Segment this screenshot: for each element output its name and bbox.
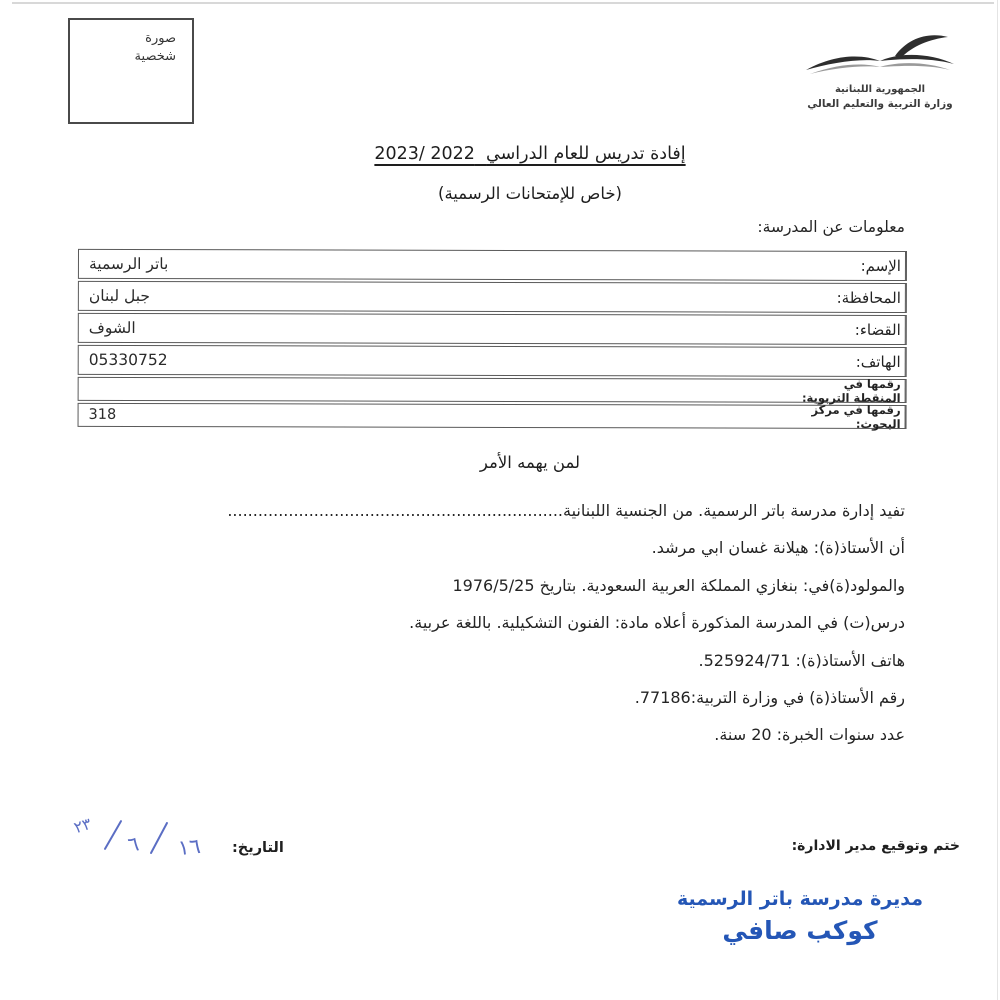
document-subtitle: (خاص للإمتحانات الرسمية) <box>70 184 990 203</box>
stamp-director-name: كوكب صافي <box>635 916 965 945</box>
school-name-label: الإسم: <box>800 252 906 280</box>
scan-edge-artifact <box>997 0 998 1000</box>
letter-line-experience: عدد سنوات الخبرة: 20 سنة. <box>80 716 905 753</box>
table-row-educational-district-number: رقمها في المنقطة التربوية: <box>78 377 907 403</box>
school-info-heading: معلومات عن المدرسة: <box>757 218 905 236</box>
ministry-logo: الجمهورية اللبنانية وزارة التربية والتعل… <box>790 30 970 110</box>
school-name-value: باتر الرسمية <box>79 250 800 280</box>
district-value: الشوف <box>79 314 800 344</box>
governorate-value: جبل لبنان <box>79 282 800 312</box>
handwritten-slash <box>104 820 123 850</box>
table-row-governorate: جبل لبنان المحافظة: <box>78 281 907 313</box>
table-row-phone: 05330752 الهاتف: <box>78 345 907 377</box>
scan-edge-artifact <box>12 2 994 4</box>
photo-placeholder-box: صورة شخصية <box>68 18 194 124</box>
photo-box-label-line2: شخصية <box>70 48 176 66</box>
phone-value: 05330752 <box>79 346 800 376</box>
letter-body: تفيد إدارة مدرسة باتر الرسمية. من الجنسي… <box>80 492 905 754</box>
letter-line-birth: والمولود(ة)في: بنغازي المملكة العربية ال… <box>80 567 905 604</box>
letter-line-subject: درس(ت) في المدرسة المذكورة أعلاه مادة: ا… <box>80 604 905 641</box>
district-label: القضاء: <box>800 316 906 344</box>
title-text: إفادة تدريس للعام الدراسي <box>486 144 686 164</box>
letter-line-ministry-number: رقم الأستاذ(ة) في وزارة التربية:77186. <box>80 679 905 716</box>
table-row-district: الشوف القضاء: <box>78 313 907 345</box>
date-label: التاريخ: <box>232 840 284 856</box>
stamp-director-title: مديرة مدرسة باتر الرسمية <box>635 888 965 910</box>
dotted-fill: ........................................… <box>227 501 563 520</box>
stamp-signature-label: ختم وتوقيع مدير الادارة: <box>792 838 960 854</box>
handwritten-date-month: ٦ <box>126 831 141 857</box>
concern-heading: لمن يهمه الأمر <box>70 453 990 472</box>
educational-district-number-value <box>79 378 800 402</box>
table-row-research-center-number: 318 رقمها في مركز البحوث: <box>78 403 907 429</box>
school-stamp: مديرة مدرسة باتر الرسمية كوكب صافي <box>635 888 965 945</box>
research-center-number-label: رقمها في مركز البحوث: <box>800 406 906 428</box>
table-row-name: باتر الرسمية الإسم: <box>78 249 907 281</box>
governorate-label: المحافظة: <box>800 284 906 312</box>
ministry-name-line2: وزارة التربية والتعليم العالي <box>790 98 970 110</box>
handwritten-date-day: ١٦ <box>177 834 202 860</box>
phone-label: الهاتف: <box>800 348 906 376</box>
document-title: إفادة تدريس للعام الدراسي 2023/ 2022 <box>70 144 990 164</box>
school-info-table: باتر الرسمية الإسم: جبل لبنان المحافظة: … <box>78 249 907 431</box>
ministry-name-line1: الجمهورية اللبنانية <box>790 84 970 95</box>
handwritten-slash <box>150 822 169 855</box>
letter-line-teacher-phone: هاتف الأستاذ(ة): 525924/71. <box>80 642 905 679</box>
research-center-number-value: 318 <box>79 404 800 428</box>
scanned-document-page: { "photo_box": { "line1": "صورة", "line2… <box>0 0 1000 1000</box>
letter-line-teacher-name: أن الأستاذ(ة): هيلانة غسان ابي مرشد. <box>80 529 905 566</box>
open-book-icon <box>790 30 970 82</box>
handwritten-date-year: ٢٣ <box>71 814 93 837</box>
photo-box-label-line1: صورة <box>70 30 176 48</box>
letter-line-certifies: تفيد إدارة مدرسة باتر الرسمية. من الجنسي… <box>80 492 905 529</box>
title-academic-year: 2023/ 2022 <box>374 144 475 164</box>
educational-district-number-label: رقمها في المنقطة التربوية: <box>800 380 906 402</box>
